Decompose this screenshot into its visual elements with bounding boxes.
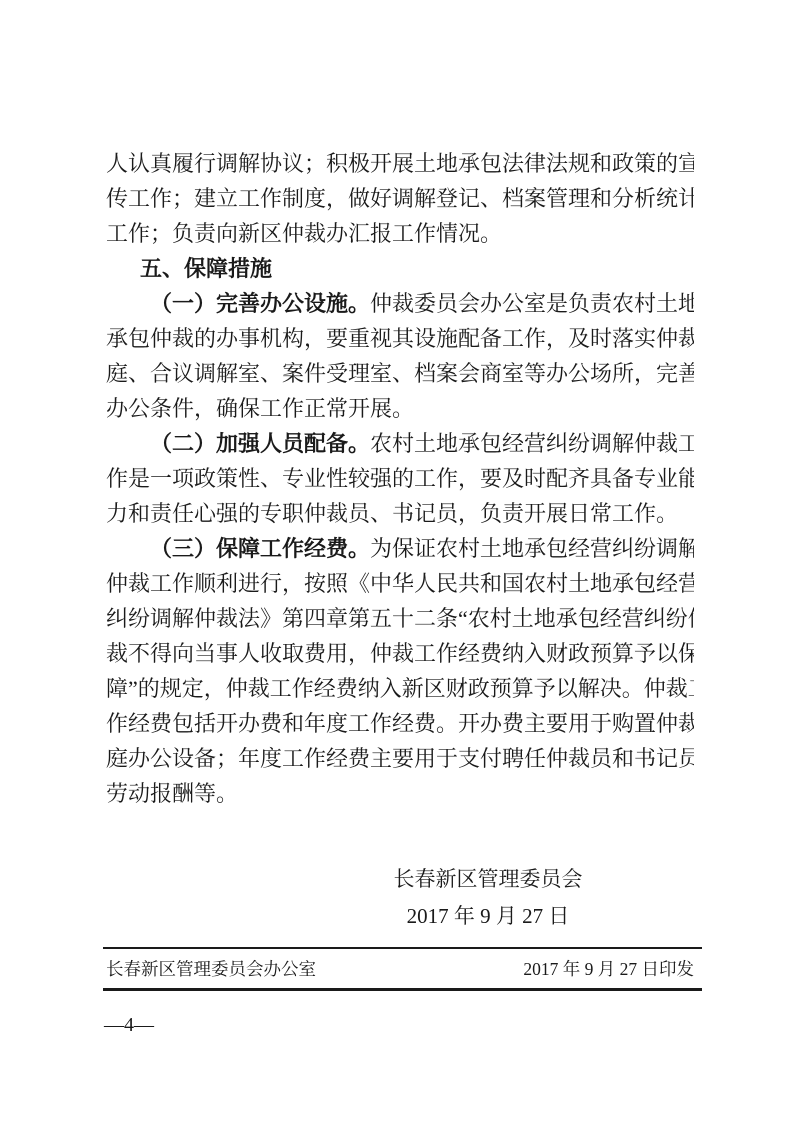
- body-line: 力和责任心强的专职仲裁员、书记员，负责开展日常工作。: [106, 496, 694, 531]
- footer-office: 长春新区管理委员会办公室: [106, 957, 316, 981]
- signature-block: 长春新区管理委员会 2017 年 9 月 27 日: [296, 861, 680, 935]
- signature-date: 2017 年 9 月 27 日: [296, 898, 680, 935]
- body-text: 仲裁委员会办公室是负责农村土地: [370, 291, 694, 316]
- body-line: 庭办公设备；年度工作经费主要用于支付聘任仲裁员和书记员: [106, 741, 694, 776]
- body-text: 为保证农村土地承包经营纠纷调解: [370, 536, 694, 561]
- footer: 长春新区管理委员会办公室 2017 年 9 月 27 日印发: [106, 957, 694, 981]
- page-number: —4—: [104, 1012, 154, 1038]
- body-line: 庭、合议调解室、案件受理室、档案会商室等办公场所，完善: [106, 356, 694, 391]
- document-body: 人认真履行调解协议；积极开展土地承包法律法规和政策的宣 传工作；建立工作制度，做…: [106, 146, 694, 811]
- footer-print-date: 2017 年 9 月 27 日印发: [523, 957, 694, 981]
- body-line: 作经费包括开办费和年度工作经费。开办费主要用于购置仲裁: [106, 706, 694, 741]
- body-line: 人认真履行调解协议；积极开展土地承包法律法规和政策的宣: [106, 146, 694, 181]
- body-line: 传工作；建立工作制度，做好调解登记、档案管理和分析统计: [106, 181, 694, 216]
- subsection-title: （三）保障工作经费。: [150, 536, 370, 561]
- body-line: 纠纷调解仲裁法》第四章第五十二条“农村土地承包经营纠纷仲: [106, 601, 694, 636]
- body-line: 作是一项政策性、专业性较强的工作，要及时配齐具备专业能: [106, 461, 694, 496]
- signature-issuer: 长春新区管理委员会: [296, 861, 680, 898]
- body-line: （一）完善办公设施。仲裁委员会办公室是负责农村土地: [106, 286, 694, 321]
- body-text: 农村土地承包经营纠纷调解仲裁工: [370, 431, 694, 456]
- body-line: （二）加强人员配备。农村土地承包经营纠纷调解仲裁工: [106, 426, 694, 461]
- body-line: （三）保障工作经费。为保证农村土地承包经营纠纷调解: [106, 531, 694, 566]
- footer-divider-bottom: [103, 988, 702, 991]
- body-line: 障”的规定，仲裁工作经费纳入新区财政预算予以解决。仲裁工: [106, 671, 694, 706]
- footer-divider-top: [103, 947, 702, 949]
- body-line: 工作；负责向新区仲裁办汇报工作情况。: [106, 216, 694, 251]
- section-heading: 五、保障措施: [106, 251, 694, 286]
- subsection-title: （一）完善办公设施。: [150, 291, 370, 316]
- document-page: 人认真履行调解协议；积极开展土地承包法律法规和政策的宣 传工作；建立工作制度，做…: [0, 0, 800, 1131]
- body-line: 裁不得向当事人收取费用，仲裁工作经费纳入财政预算予以保: [106, 636, 694, 671]
- body-line: 办公条件，确保工作正常开展。: [106, 391, 694, 426]
- body-line: 承包仲裁的办事机构，要重视其设施配备工作，及时落实仲裁: [106, 321, 694, 356]
- body-line: 仲裁工作顺利进行，按照《中华人民共和国农村土地承包经营: [106, 566, 694, 601]
- body-line: 劳动报酬等。: [106, 776, 694, 811]
- subsection-title: （二）加强人员配备。: [150, 431, 370, 456]
